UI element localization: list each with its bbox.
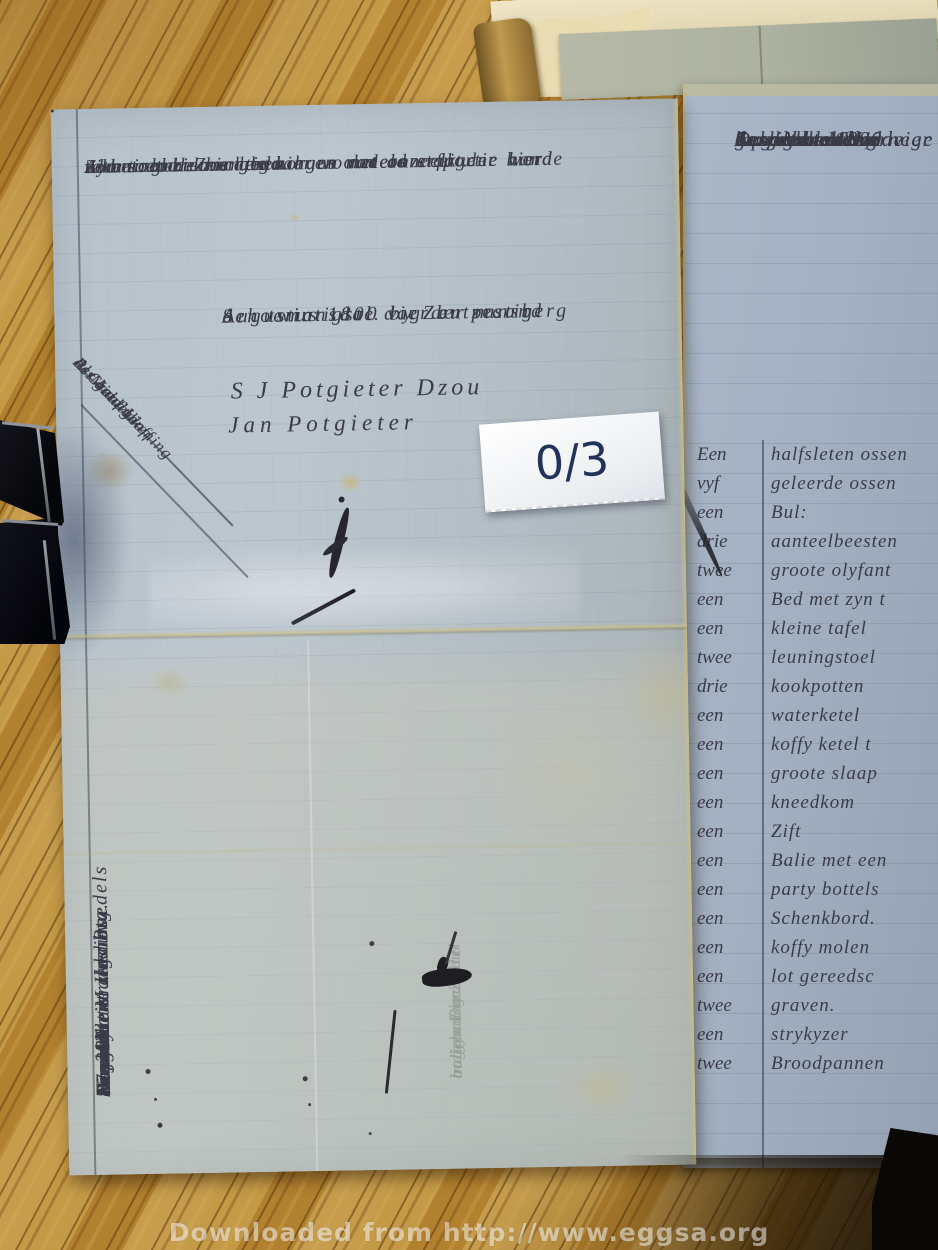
inventory-quantity: een (693, 763, 755, 785)
inventory-quantity: een (693, 589, 755, 611)
inventory-row: vyf geleerde ossen (693, 473, 938, 502)
ink-specks (51, 110, 54, 113)
watermark: Downloaded from http://www.eggsa.org (0, 1218, 938, 1247)
inventory-quantity: Een (693, 444, 755, 466)
inventory-item: koffy molen (755, 937, 870, 959)
inventory-item: Balie met een (755, 850, 887, 872)
inventory-quantity: een (693, 966, 755, 988)
reference-label: 0/3 (479, 412, 665, 513)
inventory-item: Bul: (755, 502, 808, 524)
inventory-list: Een halfsleten ossen vyf geleerde ossen … (693, 444, 938, 1082)
inventory-row: twee groote olyfant (693, 560, 938, 589)
inventory-item: groote olyfant (755, 560, 891, 582)
inventory-quantity: een (693, 734, 755, 756)
inventory-row: een waterketel (693, 705, 938, 734)
inventory-item: Broodpannen (755, 1053, 885, 1075)
inventory-item: strykyzer (755, 1024, 849, 1046)
handwritten-line: tekening bekrachtigd. (85, 149, 289, 182)
inventory-quantity: een (693, 908, 755, 930)
paper-stack-folded-edge (472, 16, 541, 109)
inventory-quantity: twee (693, 1053, 755, 1075)
inventory-item: graven. (755, 995, 836, 1017)
inventory-row: drie kookpotten (693, 676, 938, 705)
inventory-quantity: een (693, 937, 755, 959)
inventory-item: Zift (755, 821, 801, 843)
inventory-item: koffy ketel t (755, 734, 872, 756)
inventory-quantity: een (693, 618, 755, 640)
inventory-quantity: een (693, 502, 755, 524)
binder-clip-hinge (46, 522, 58, 562)
inventory-row: een Bed met zyn t (693, 589, 938, 618)
inventory-quantity: een (693, 705, 755, 727)
inventory-row: een groote slaap (693, 763, 938, 792)
inventory-quantity: een (693, 850, 755, 872)
right-page: Op heden den negeAugustus 1800 vierderge… (683, 84, 938, 1168)
inventory-row: een koffy molen (693, 937, 938, 966)
inventory-row: een Schenkbord. (693, 908, 938, 937)
inventory-quantity: twee (693, 995, 755, 1017)
docket-title: No 30.17 . 617 . 16InventarisTaxatieLiqu… (84, 661, 441, 1097)
signature-sj-potgieter: S J Potgieter Dzou (230, 374, 483, 405)
inventory-row: een Zift (693, 821, 938, 850)
inventory-item: Bed met zyn t (755, 589, 886, 611)
inventory-item: waterketel (755, 705, 860, 727)
inventory-row: Een halfsleten ossen (693, 444, 938, 473)
inventory-row: twee Broodpannen (693, 1053, 938, 1082)
inventory-item: groote slaap (755, 763, 878, 785)
inventory-row: drie aanteelbeesten (693, 531, 938, 560)
handwritten-line: Herbst (91, 1030, 117, 1097)
inventory-item: lot gereedsc (755, 966, 875, 988)
inventory-row: een Balie met een (693, 850, 938, 879)
inventory-row: een party bottels (693, 879, 938, 908)
inventory-quantity: een (693, 1024, 755, 1046)
inventory-row: een kleine tafel (693, 618, 938, 647)
inventory-item: kneedkom (755, 792, 855, 814)
reference-number: 0/3 (533, 431, 611, 490)
signature-jan-potgieter: Jan Potgieter (228, 409, 418, 438)
inventory-quantity: twee (693, 647, 755, 669)
inventory-row: een koffy ketel t (693, 734, 938, 763)
inventory-quantity: vyf (693, 473, 755, 495)
inventory-item: Schenkbord. (755, 908, 876, 930)
left-page: Zyn toetezien en te zorgen dat aan elk d… (51, 99, 697, 1176)
binder-clip (0, 418, 64, 526)
inventory-row: een strykyzer (693, 1024, 938, 1053)
inventory-item: aanteelbeesten (755, 531, 898, 553)
inventory-item: halfsleten ossen (755, 444, 908, 466)
inventory-row: een lot gereedsc (693, 966, 938, 995)
inventory-item: kookpotten (755, 676, 864, 698)
inventory-quantity: drie (693, 676, 755, 698)
age-stain (683, 84, 938, 96)
inventory-quantity: een (693, 879, 755, 901)
handwritten-line: Augustus 1800 vier en zestig (222, 297, 535, 330)
inventory-item: geleerde ossen (755, 473, 897, 495)
inventory-quantity: twee (693, 560, 755, 582)
handwritten-line: laveerd als vo (735, 124, 881, 154)
inventory-row: een Bul: (693, 502, 938, 531)
ink-blot (339, 496, 345, 502)
inventory-item: kleine tafel (755, 618, 867, 640)
inventory-item: party bottels (755, 879, 880, 901)
inventory-item: leuningstoel (755, 647, 876, 669)
photo-scene: Op heden den negeAugustus 1800 vierderge… (0, 0, 938, 1250)
inventory-quantity: een (693, 792, 755, 814)
inventory-quantity: een (693, 821, 755, 843)
inventory-row: een kneedkom (693, 792, 938, 821)
inventory-row: twee graven. (693, 995, 938, 1024)
inventory-row: twee leuningstoel (693, 647, 938, 676)
